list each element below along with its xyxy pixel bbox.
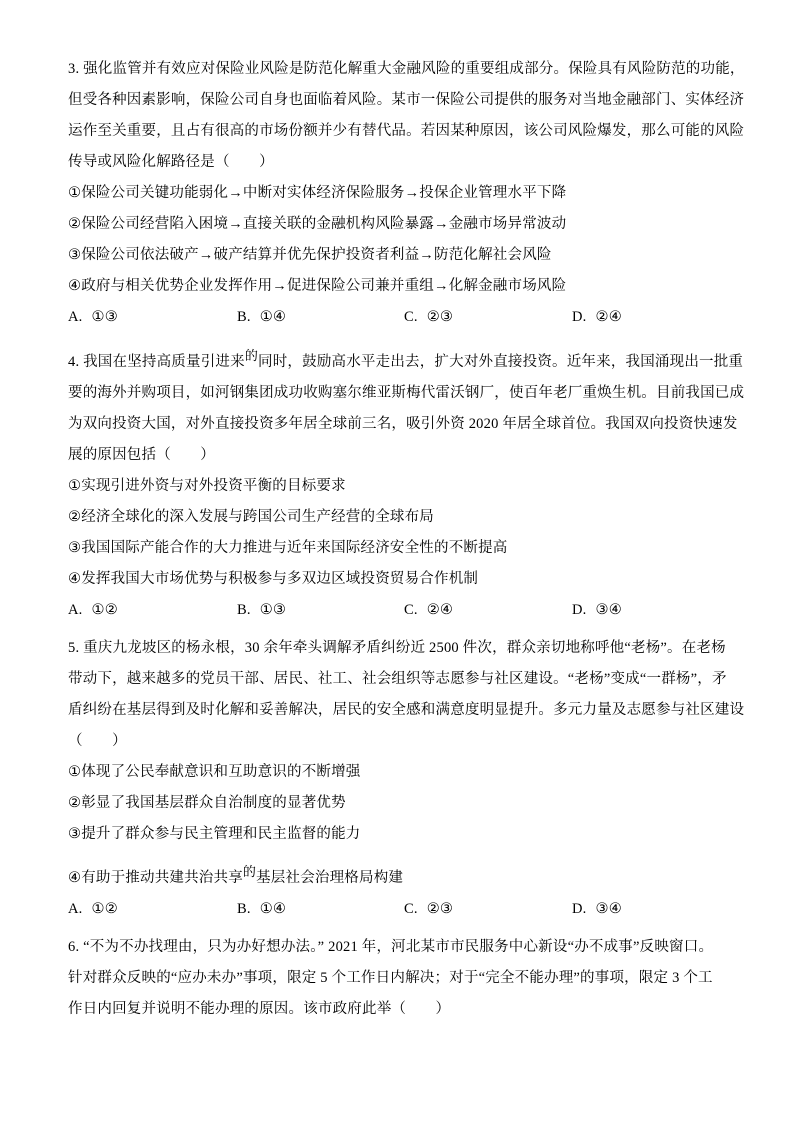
choice-label: A. [68,901,83,917]
q4-choices-row: A.①② B.①③ C.②④ D.③④ [68,595,736,626]
q6-stem-line-2: 针对群众反映的“应办未办”事项，限定 5 个工作日内解决；对于“完全不能办理”的… [68,963,736,994]
q5-stem-line-3: 盾纠纷在基层得到及时化解和妥善解决，居民的安全感和满意度明显提升。多元力量及志愿… [68,695,736,726]
q5-stem-line-2: 带动下，越来越多的党员干部、居民、社工、社会组织等志愿参与社区建设。“老杨”变成… [68,664,736,695]
q5-stem-line-4: （ ） [68,726,736,757]
q3-statement-4: ④政府与相关优势企业发挥作用→促进保险公司兼并重组→化解金融市场风险 [68,271,736,302]
q6-stem-line-3: 作日内回复并说明不能办理的原因。该市政府此举（ ） [68,994,736,1025]
q5-statement-4: ④有助于推动共建共治共享的基层社会治理格局构建 [68,856,736,894]
choice-label: C. [404,309,418,325]
q4-statement-4: ④发挥我国大市场优势与积极参与多双边区域投资贸易合作机制 [68,564,736,595]
q4-choice-c: C.②④ [404,595,572,626]
q4-statement-1: ①实现引进外资与对外投资平衡的目标要求 [68,471,736,502]
choice-label: D. [572,602,587,618]
q4-stem-line-4: 展的原因包括（ ） [68,440,736,471]
q5-statement-superscript: 的 [243,864,256,879]
q5-choice-c: C.②③ [404,894,572,925]
q3-choice-b: B.①④ [237,302,404,333]
choice-value: ③④ [596,901,622,917]
choice-value: ②③ [427,309,453,325]
choice-value: ②④ [596,309,622,325]
q3-choice-a: A.①③ [68,302,237,333]
exam-document-page: 3. 强化监管并有效应对保险业风险是防范化解重大金融风险的重要组成部分。保险具有… [0,0,794,1025]
q5-choices-row: A.①② B.①④ C.②③ D.③④ [68,894,736,925]
choice-label: A. [68,309,83,325]
choice-label: D. [572,901,587,917]
choice-value: ①④ [260,901,286,917]
q3-choice-c: C.②③ [404,302,572,333]
q3-stem-line-1: 3. 强化监管并有效应对保险业风险是防范化解重大金融风险的重要组成部分。保险具有… [68,54,736,85]
q5-stem-line-1: 5. 重庆九龙坡区的杨永根，30 余年牵头调解矛盾纠纷近 2500 件次，群众亲… [68,633,736,664]
choice-label: B. [237,901,251,917]
q4-stem-superscript: 的 [245,348,258,363]
choice-label: A. [68,602,83,618]
q4-statement-2: ②经济全球化的深入发展与跨国公司生产经营的全球布局 [68,502,736,533]
q4-stem-line-1-after: 同时，鼓励高水平走出去，扩大对外直接投资。近年来，我国涌现出一批重 [258,354,743,370]
q3-stem-line-3: 运作至关重要，且占有很高的市场份额并少有替代品。若因某种原因，该公司风险爆发，那… [68,116,736,147]
q4-stem-line-1: 4. 我国在坚持高质量引进来的同时，鼓励高水平走出去，扩大对外直接投资。近年来，… [68,340,736,378]
q3-statement-1: ①保险公司关键功能弱化→中断对实体经济保险服务→投保企业管理水平下降 [68,178,736,209]
choice-value: ③④ [596,602,622,618]
choice-label: C. [404,602,418,618]
q5-statement-2: ②彰显了我国基层群众自治制度的显著优势 [68,788,736,819]
q5-statement-3: ③提升了群众参与民主管理和民主监督的能力 [68,819,736,850]
q3-statement-3: ③保险公司依法破产→破产结算并优先保护投资者利益→防范化解社会风险 [68,240,736,271]
q6-stem-line-1: 6. “不为不办找理由，只为办好想办法。” 2021 年，河北某市市民服务中心新… [68,932,736,963]
choice-value: ①② [92,901,118,917]
q5-choice-b: B.①④ [237,894,404,925]
choice-value: ②④ [427,602,453,618]
choice-value: ①② [92,602,118,618]
q4-choice-b: B.①③ [237,595,404,626]
choice-value: ①③ [260,602,286,618]
q4-stem-line-1-before: 4. 我国在坚持高质量引进来 [68,354,245,370]
choice-value: ②③ [427,901,453,917]
q5-statement-1: ①体现了公民奉献意识和互助意识的不断增强 [68,757,736,788]
q4-stem-line-3: 为双向投资大国，对外直接投资多年居全球前三名，吸引外资 2020 年居全球首位。… [68,409,736,440]
choice-value: ①③ [92,309,118,325]
choice-label: B. [237,309,251,325]
q5-choice-d: D.③④ [572,894,736,925]
q3-choice-d: D.②④ [572,302,736,333]
q5-choice-a: A.①② [68,894,237,925]
q3-stem-line-2: 但受各种因素影响，保险公司自身也面临着风险。某市一保险公司提供的服务对当地金融部… [68,85,736,116]
q5-statement-4-after: 基层社会治理格局构建 [256,870,403,886]
q4-choice-a: A.①② [68,595,237,626]
question-5: 5. 重庆九龙坡区的杨永根，30 余年牵头调解矛盾纠纷近 2500 件次，群众亲… [68,633,736,925]
choice-label: B. [237,602,251,618]
choice-label: C. [404,901,418,917]
choice-label: D. [572,309,587,325]
q3-choices-row: A.①③ B.①④ C.②③ D.②④ [68,302,736,333]
q5-statement-4-before: ④有助于推动共建共治共享 [68,870,243,886]
q4-statement-3: ③我国国际产能合作的大力推进与近年来国际经济安全性的不断提高 [68,533,736,564]
q3-statement-2: ②保险公司经营陷入困境→直接关联的金融机构风险暴露→金融市场异常波动 [68,209,736,240]
q4-choice-d: D.③④ [572,595,736,626]
question-4: 4. 我国在坚持高质量引进来的同时，鼓励高水平走出去，扩大对外直接投资。近年来，… [68,340,736,626]
q4-stem-line-2: 要的海外并购项目，如河钢集团成功收购塞尔维亚斯梅代雷沃钢厂，使百年老厂重焕生机。… [68,378,736,409]
q3-stem-line-4: 传导或风险化解路径是（ ） [68,147,736,178]
question-6: 6. “不为不办找理由，只为办好想办法。” 2021 年，河北某市市民服务中心新… [68,932,736,1025]
question-3: 3. 强化监管并有效应对保险业风险是防范化解重大金融风险的重要组成部分。保险具有… [68,54,736,333]
choice-value: ①④ [260,309,286,325]
